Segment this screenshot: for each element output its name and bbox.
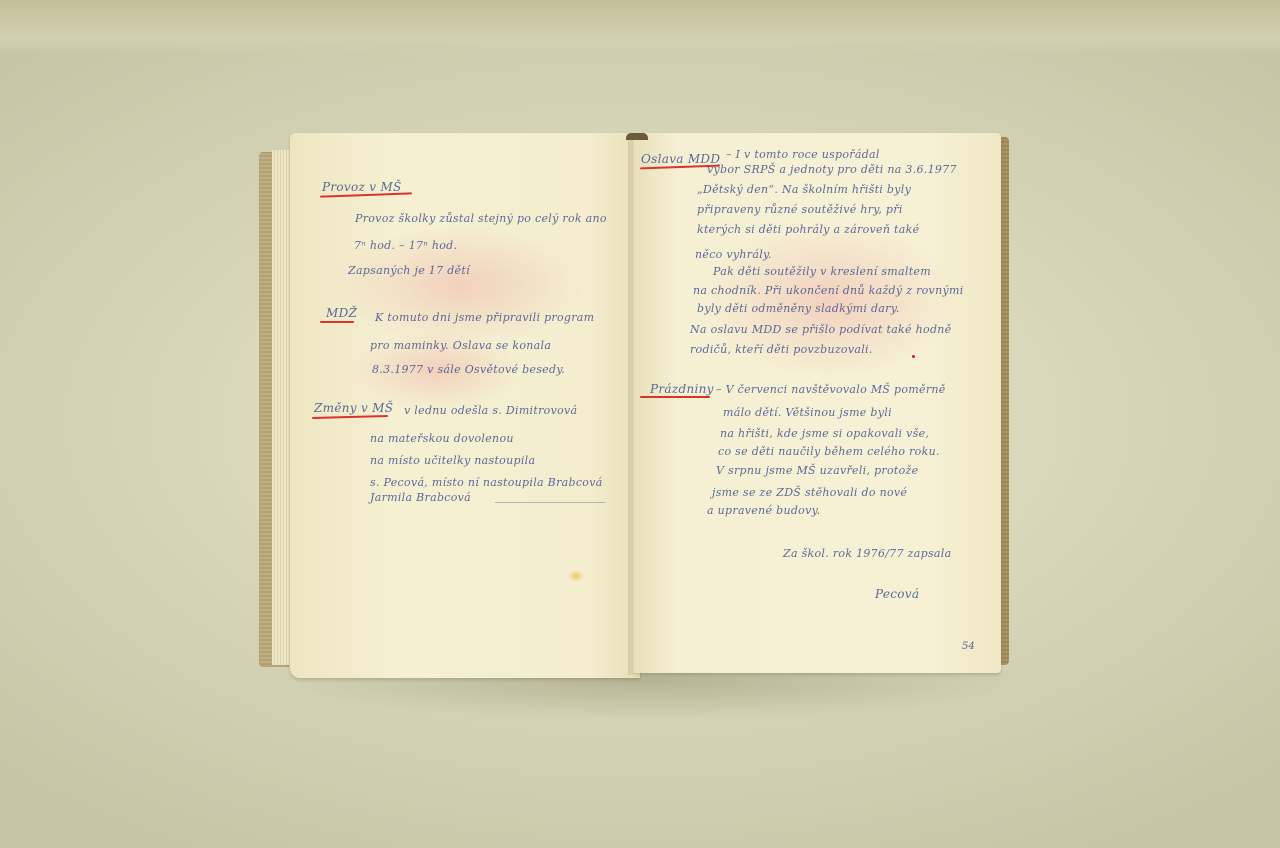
text-line: málo dětí. Většinou jsme byli	[723, 407, 892, 418]
text-line: – V červenci navštěvovalo MŠ poměrně	[716, 384, 946, 395]
text-line: v lednu odešla s. Dimitrovová	[404, 405, 577, 416]
heading-underline	[640, 396, 710, 398]
text-line: a upravené budovy.	[707, 505, 820, 516]
red-ink-bleed	[700, 220, 960, 380]
section-heading-provoz: Provoz v MŠ	[322, 181, 402, 193]
text-line: 7ⁿ hod. – 17ⁿ hod.	[354, 240, 457, 251]
text-line: rodičů, kteří děti povzbuzovali.	[690, 344, 873, 355]
text-line: co se děti naučily během celého roku.	[718, 446, 940, 457]
text-line: V srpnu jsme MŠ uzavřeli, protože	[716, 465, 918, 476]
book-gutter	[628, 135, 640, 675]
text-line: Pak děti soutěžily v kreslení smaltem	[713, 266, 931, 277]
text-line: byly děti odměněny sladkými dary.	[697, 303, 900, 314]
text-line: pro maminky. Oslava se konala	[370, 340, 551, 351]
binding-clip	[626, 133, 648, 140]
text-line: Jarmila Brabcová	[370, 492, 471, 503]
text-line: kterých si děti pohrály a zároveň také	[697, 224, 919, 235]
text-line: na hřišti, kde jsme si opakovali vše,	[720, 428, 929, 439]
text-line: na chodník. Při ukončení dnů každý z rov…	[693, 285, 964, 296]
closing-note: Za škol. rok 1976/77 zapsala	[783, 548, 951, 559]
text-line: Provoz školky zůstal stejný po celý rok …	[355, 213, 607, 224]
text-line: Na oslavu MDD se přišlo podívat také hod…	[690, 324, 951, 335]
section-heading-mdz: MDŽ	[326, 307, 357, 319]
text-line: na místo učitelky nastoupila	[370, 455, 535, 466]
open-book: Provoz v MŠ Provoz školky zůstal stejný …	[0, 0, 1280, 848]
section-heading-zmeny: Změny v MŠ	[314, 402, 393, 414]
text-line: – I v tomto roce uspořádal	[726, 149, 880, 160]
sign-line	[495, 502, 605, 503]
text-line: s. Pecová, místo ní nastoupila Brabcová	[370, 477, 603, 488]
text-line: „Dětský den“. Na školním hřišti byly	[697, 184, 911, 195]
text-line: K tomuto dni jsme připravili program	[375, 312, 594, 323]
paper-stain	[568, 570, 584, 582]
heading-underline	[320, 321, 354, 323]
page-number: 54	[962, 641, 975, 652]
text-line: 8.3.1977 v sále Osvětové besedy.	[372, 364, 565, 375]
text-line: jsme se ze ZDŠ stěhovali do nové	[712, 487, 907, 498]
red-ink-dot	[912, 355, 915, 358]
text-line: připraveny různé soutěživé hry, při	[697, 204, 903, 215]
text-line: Zapsaných je 17 dětí	[348, 265, 470, 276]
section-heading-prazdniny: Prázdniny	[650, 383, 714, 395]
text-line: na mateřskou dovolenou	[370, 433, 514, 444]
text-line: výbor SRPŠ a jednoty pro děti na 3.6.197…	[707, 164, 957, 175]
signature: Pecová	[875, 588, 919, 600]
text-line: něco vyhrály.	[695, 249, 772, 260]
